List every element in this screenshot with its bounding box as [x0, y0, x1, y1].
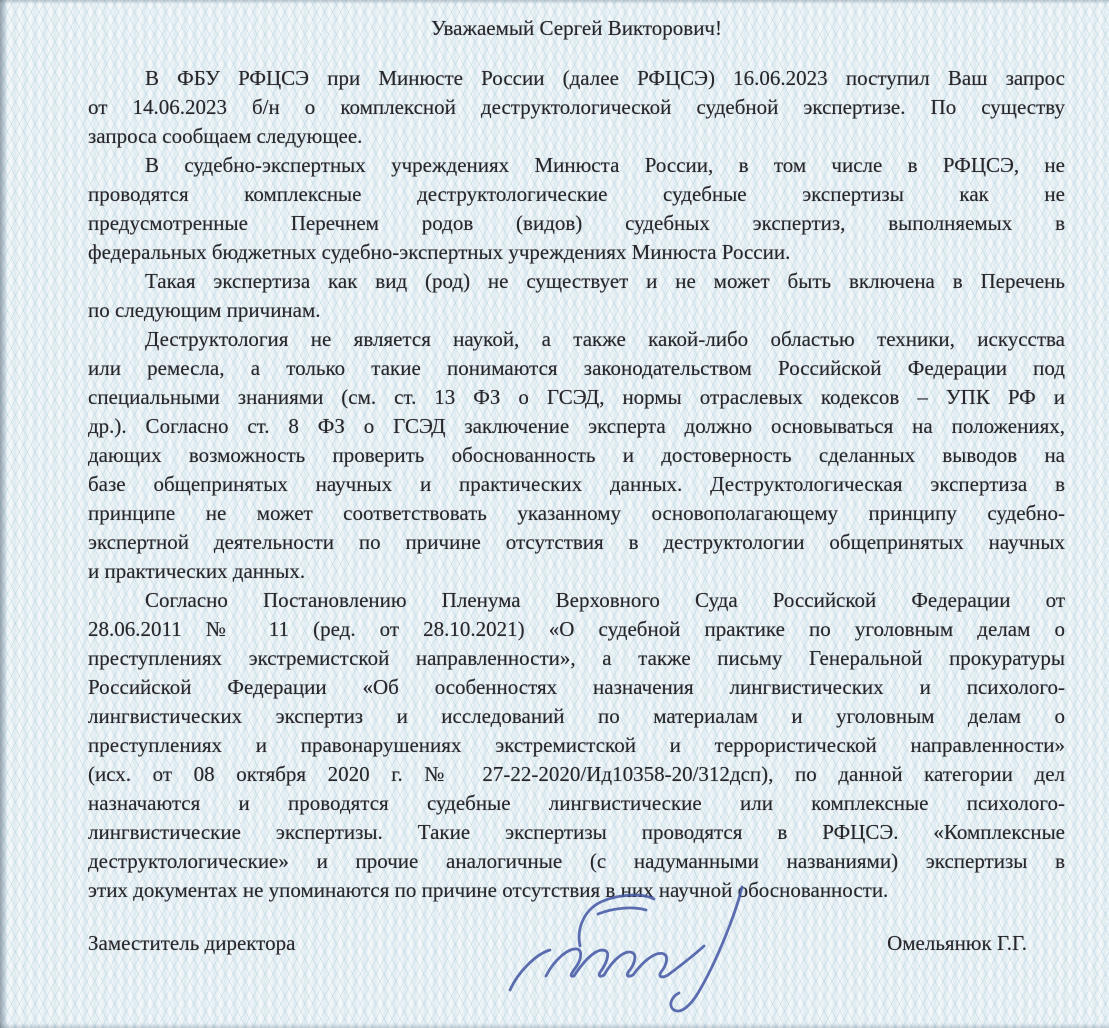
- signer-name: Омельянюк Г.Г.: [887, 929, 1027, 958]
- text-line: назначаются и проводятся судебные лингви…: [88, 789, 1065, 818]
- scan-edge-bottom: [0, 1023, 1109, 1028]
- scan-edge-left: [0, 0, 7, 1028]
- paragraph: Такая экспертиза как вид (род) не сущест…: [88, 267, 1065, 325]
- text-line: и практических данных.: [88, 557, 1065, 586]
- text-line: преступлениях экстремистской направленно…: [88, 644, 1065, 673]
- text-line: деструктологические» и прочие аналогичны…: [88, 847, 1065, 876]
- text-line: экспертной деятельности по причине отсут…: [88, 528, 1065, 557]
- text-line: дающих возможность проверить обоснованно…: [88, 441, 1065, 470]
- letter-body: Уважаемый Сергей Викторович! В ФБУ РФЦСЭ…: [88, 14, 1065, 905]
- paragraph: В судебно-экспертных учреждениях Минюста…: [88, 151, 1065, 267]
- text-line: предусмотренные Перечнем родов (видов) с…: [88, 209, 1065, 238]
- text-line: лингвистические экспертизы. Такие экспер…: [88, 818, 1065, 847]
- salutation: Уважаемый Сергей Викторович!: [88, 14, 1065, 43]
- signer-position: Заместитель директора: [88, 929, 295, 958]
- text-line: 28.06.2011 № 11 (ред. от 28.10.2021) «О …: [88, 615, 1065, 644]
- text-line: Деструктология не является наукой, а так…: [88, 325, 1065, 354]
- paragraph: Согласно Постановлению Пленума Верховног…: [88, 586, 1065, 905]
- text-line: от 14.06.2023 б/н о комплексной деструкт…: [88, 93, 1065, 122]
- text-line: Российской Федерации «Об особенностях на…: [88, 673, 1065, 702]
- text-line: проводятся комплексные деструктологическ…: [88, 180, 1065, 209]
- text-line: лингвистических экспертиз и исследований…: [88, 702, 1065, 731]
- text-line: В судебно-экспертных учреждениях Минюста…: [88, 151, 1065, 180]
- text-line: др.). Согласно ст. 8 ФЗ о ГСЭД заключени…: [88, 412, 1065, 441]
- text-line: Такая экспертиза как вид (род) не сущест…: [88, 267, 1065, 296]
- scan-edge-top: [0, 0, 1109, 4]
- text-line: специальными знаниями (см. ст. 13 ФЗ о Г…: [88, 383, 1065, 412]
- text-line: принципе не может соответствовать указан…: [88, 499, 1065, 528]
- text-line: В ФБУ РФЦСЭ при Минюсте России (далее РФ…: [88, 64, 1065, 93]
- text-line: преступлениях и правонарушениях экстреми…: [88, 731, 1065, 760]
- paragraph: В ФБУ РФЦСЭ при Минюсте России (далее РФ…: [88, 64, 1065, 151]
- text-line: Согласно Постановлению Пленума Верховног…: [88, 586, 1065, 615]
- signature-ink: [488, 876, 760, 1026]
- text-line: (исх. от 08 октября 2020 г. № 27-22-2020…: [88, 760, 1065, 789]
- text-line: запроса сообщаем следующее.: [88, 122, 1065, 151]
- text-line: базе общепринятых научных и практических…: [88, 470, 1065, 499]
- text-line: или ремесла, а только такие понимаются з…: [88, 354, 1065, 383]
- paragraphs-container: В ФБУ РФЦСЭ при Минюсте России (далее РФ…: [88, 64, 1065, 905]
- paragraph: Деструктология не является наукой, а так…: [88, 325, 1065, 586]
- text-line: федеральных бюджетных судебно-экспертных…: [88, 238, 1065, 267]
- text-line: по следующим причинам.: [88, 296, 1065, 325]
